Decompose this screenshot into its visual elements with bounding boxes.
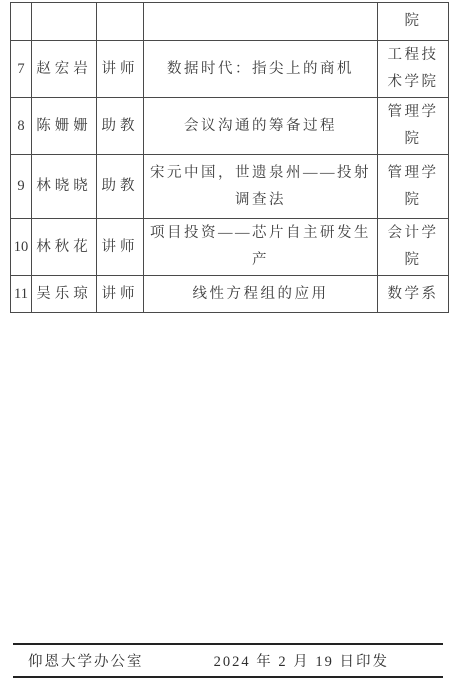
footer-date-text: 2024 年 2 月 19 日印发 bbox=[214, 650, 443, 671]
cell-title: 讲师 bbox=[97, 41, 144, 98]
cell-topic: 会议沟通的筹备过程 bbox=[144, 98, 378, 155]
footer-issuer-text: 仰恩大学办公室 bbox=[13, 650, 144, 671]
cell-department: 院 bbox=[378, 3, 449, 41]
cell-topic: 线性方程组的应用 bbox=[144, 276, 378, 313]
cell-department: 会计学院 bbox=[378, 219, 449, 276]
imprint-footer: 仰恩大学办公室 2024 年 2 月 19 日印发 bbox=[13, 645, 443, 676]
cell-title: 助教 bbox=[97, 155, 144, 219]
table-row: 8 陈姗姗 助教 会议沟通的筹备过程 管理学院 bbox=[11, 98, 449, 155]
cell-title: 助教 bbox=[97, 98, 144, 155]
cell-no: 7 bbox=[11, 41, 32, 98]
cell-title: 讲师 bbox=[97, 276, 144, 313]
lecturer-table: 院 7 赵宏岩 讲师 数据时代：指尖上的商机 工程技术学院 8 陈姗姗 助教 会… bbox=[10, 2, 449, 313]
cell-title: 讲师 bbox=[97, 219, 144, 276]
table-row: 7 赵宏岩 讲师 数据时代：指尖上的商机 工程技术学院 bbox=[11, 41, 449, 98]
cell-no: 10 bbox=[11, 219, 32, 276]
cell-no: 11 bbox=[11, 276, 32, 313]
cell-no bbox=[11, 3, 32, 41]
table-row: 9 林晓晓 助教 宋元中国，世遗泉州——投射调查法 管理学院 bbox=[11, 155, 449, 219]
cell-no: 9 bbox=[11, 155, 32, 219]
cell-name: 吴乐琼 bbox=[32, 276, 97, 313]
cell-name bbox=[32, 3, 97, 41]
footer-rule-bottom bbox=[13, 676, 443, 678]
cell-department: 管理学院 bbox=[378, 155, 449, 219]
cell-topic: 数据时代：指尖上的商机 bbox=[144, 41, 378, 98]
table-row: 10 林秋花 讲师 项目投资——芯片自主研发生产 会计学院 bbox=[11, 219, 449, 276]
cell-department: 工程技术学院 bbox=[378, 41, 449, 98]
cell-department: 数学系 bbox=[378, 276, 449, 313]
table-row-continuation: 院 bbox=[11, 3, 449, 41]
cell-name: 赵宏岩 bbox=[32, 41, 97, 98]
cell-department: 管理学院 bbox=[378, 98, 449, 155]
cell-name: 林晓晓 bbox=[32, 155, 97, 219]
cell-topic: 宋元中国，世遗泉州——投射调查法 bbox=[144, 155, 378, 219]
cell-title bbox=[97, 3, 144, 41]
cell-name: 林秋花 bbox=[32, 219, 97, 276]
cell-no: 8 bbox=[11, 98, 32, 155]
cell-topic: 项目投资——芯片自主研发生产 bbox=[144, 219, 378, 276]
table-row: 11 吴乐琼 讲师 线性方程组的应用 数学系 bbox=[11, 276, 449, 313]
cell-name: 陈姗姗 bbox=[32, 98, 97, 155]
cell-topic bbox=[144, 3, 378, 41]
